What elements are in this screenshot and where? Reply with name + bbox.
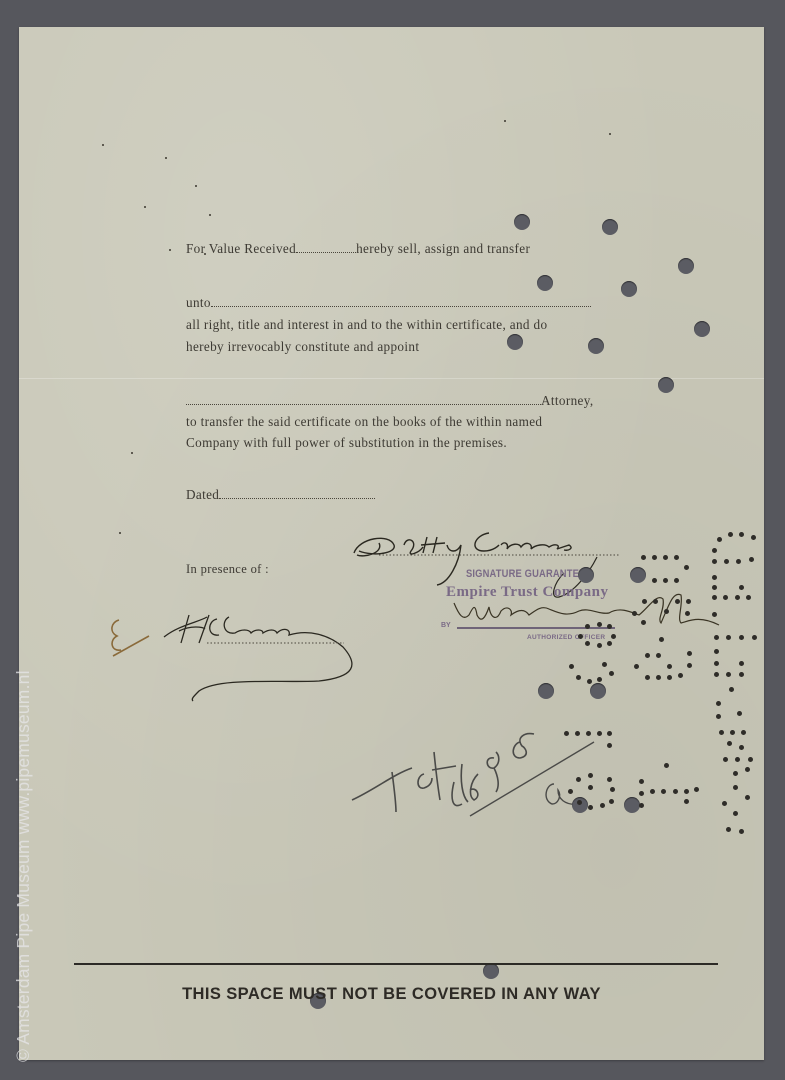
punch-hole xyxy=(590,683,606,699)
paper-speck xyxy=(144,206,146,208)
amount-blank[interactable] xyxy=(296,242,356,253)
officer-signature: W. Maxwell xyxy=(449,585,739,635)
paper-speck xyxy=(131,452,133,454)
punch-hole xyxy=(537,275,553,291)
in-presence-of-label: In presence of : xyxy=(186,562,269,577)
for-value-received-label: For Value Received xyxy=(186,241,296,256)
punch-hole xyxy=(588,338,604,354)
paper-speck xyxy=(504,120,506,122)
stamp-authorized-officer-label: AUTHORIZED OFFICER xyxy=(527,634,605,641)
paper-speck xyxy=(195,185,197,187)
punch-hole xyxy=(578,567,594,583)
right-title-interest-text: all right, title and interest in and to … xyxy=(186,317,547,333)
sell-assign-transfer-text: hereby sell, assign and transfer xyxy=(356,241,530,256)
transfer-certificate-text: to transfer the said certificate on the … xyxy=(186,414,542,430)
assignee-blank[interactable] xyxy=(211,296,591,307)
paper-speck xyxy=(165,157,167,159)
punch-hole xyxy=(507,334,523,350)
punch-hole xyxy=(538,683,554,699)
date-blank[interactable] xyxy=(219,488,375,499)
punch-hole xyxy=(694,321,710,337)
unto-line: unto xyxy=(186,295,591,311)
paper-speck xyxy=(609,133,611,135)
attorney-line: Attorney, xyxy=(186,393,593,409)
punch-hole xyxy=(621,281,637,297)
attorney-blank[interactable] xyxy=(186,394,541,405)
witness-signature: H. Crang xyxy=(159,607,389,702)
constitute-appoint-text: hereby irrevocably constitute and appoin… xyxy=(186,339,419,355)
paper-speck xyxy=(169,249,171,251)
punch-hole xyxy=(624,797,640,813)
margin-initial-mark: E xyxy=(107,612,157,672)
punch-hole xyxy=(630,567,646,583)
stamp-title: SIGNATURE GUARANTEED xyxy=(466,568,592,580)
punch-hole xyxy=(483,963,499,979)
pencil-tax-note: Tax xyxy=(344,712,604,822)
punch-hole xyxy=(514,214,530,230)
for-value-received-line: For Value Receivedhereby sell, assign an… xyxy=(186,241,530,257)
substitution-text: Company with full power of substitution … xyxy=(186,435,507,451)
copyright-watermark: © Amsterdam Pipe Museum www.pipemuseum.n… xyxy=(13,670,34,1062)
dated-line: Dated xyxy=(186,487,375,503)
attorney-label: Attorney, xyxy=(541,393,593,408)
footer-rule xyxy=(74,963,718,965)
fold-line xyxy=(19,378,764,379)
paper-speck xyxy=(209,214,211,216)
dated-label: Dated xyxy=(186,487,219,502)
punch-hole xyxy=(658,377,674,393)
paper-speck xyxy=(102,144,104,146)
punch-hole xyxy=(602,219,618,235)
punch-hole xyxy=(678,258,694,274)
do-not-cover-notice: THIS SPACE MUST NOT BE COVERED IN ANY WA… xyxy=(19,985,764,1004)
unto-label: unto xyxy=(186,295,211,310)
signature-guaranteed-stamp: SIGNATURE GUARANTEED xyxy=(466,568,592,580)
paper-speck xyxy=(119,532,121,534)
certificate-paper: For Value Receivedhereby sell, assign an… xyxy=(19,27,764,1060)
